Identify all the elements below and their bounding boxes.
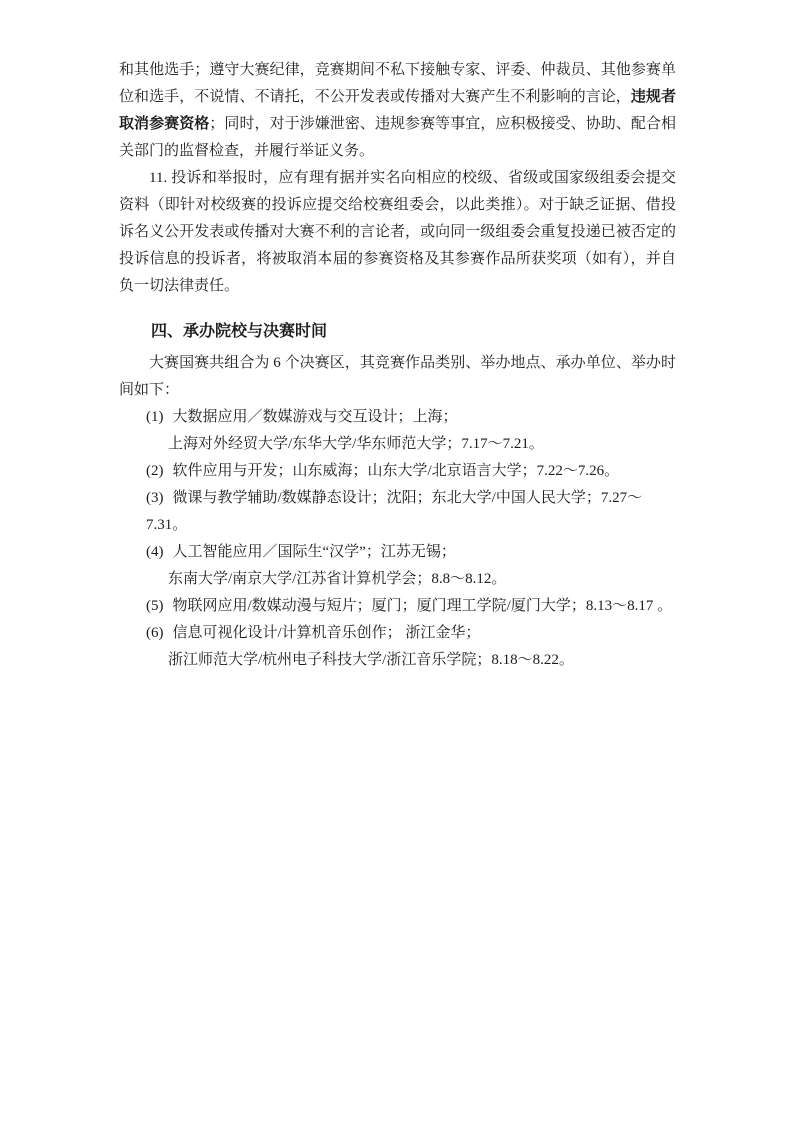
venue-list: (1)大数据应用／数媒游戏与交互设计；上海； 上海对外经贸大学/东华大学/华东师…: [146, 404, 676, 674]
venue-line: (2)软件应用与开发；山东威海；山东大学/北京语言大学；7.22～7.26。: [146, 458, 676, 485]
venue-line: (1)大数据应用／数媒游戏与交互设计；上海；: [146, 404, 676, 431]
venue-item-4: (4)人工智能应用／国际生“汉学”；江苏无锡； 东南大学/南京大学/江苏省计算机…: [146, 539, 676, 593]
section-intro: 大赛国赛共组合为 6 个决赛区，其竞赛作品类别、举办地点、承办单位、举办时间如下…: [119, 350, 676, 404]
venue-item-marker: (4): [146, 544, 164, 560]
venue-line: (5)物联网应用/数媒动漫与短片；厦门；厦门理工学院/厦门大学；8.13～8.1…: [146, 593, 676, 620]
venue-item-marker: (5): [146, 598, 164, 614]
document-page: 和其他选手；遵守大赛纪律，竞赛期间不私下接触专家、评委、仲裁员、其他参赛单位和选…: [0, 0, 793, 1122]
venue-item-marker: (2): [146, 463, 164, 479]
venue-item-1: (1)大数据应用／数媒游戏与交互设计；上海； 上海对外经贸大学/东华大学/华东师…: [146, 404, 676, 458]
venue-item-detail: 东南大学/南京大学/江苏省计算机学会；8.8～8.12。: [168, 566, 676, 593]
venue-item-6: (6)信息可视化设计/计算机音乐创作； 浙江金华； 浙江师范大学/杭州电子科技大…: [146, 620, 676, 674]
venue-item-marker: (3): [146, 490, 164, 506]
venue-item-text: 人工智能应用／国际生“汉学”；江苏无锡；: [173, 544, 456, 560]
venue-item-marker: (6): [146, 625, 164, 641]
venue-item-text: 软件应用与开发；山东威海；山东大学/北京语言大学；7.22～7.26。: [173, 463, 620, 479]
venue-line: (3)微课与教学辅助/数媒静态设计；沈阳；东北大学/中国人民大学；7.27～7.…: [146, 485, 676, 539]
paragraph-rules-continuation: 和其他选手；遵守大赛纪律，竞赛期间不私下接触专家、评委、仲裁员、其他参赛单位和选…: [119, 57, 676, 165]
venue-line: (6)信息可视化设计/计算机音乐创作； 浙江金华；: [146, 620, 676, 647]
venue-item-text: 信息可视化设计/计算机音乐创作； 浙江金华；: [173, 625, 481, 641]
rules-text-pre: 和其他选手；遵守大赛纪律，竞赛期间不私下接触专家、评委、仲裁员、其他参赛单位和选…: [119, 62, 676, 105]
venue-line: (4)人工智能应用／国际生“汉学”；江苏无锡；: [146, 539, 676, 566]
venue-item-detail: 上海对外经贸大学/东华大学/华东师范大学；7.17～7.21。: [168, 431, 676, 458]
venue-item-text: 大数据应用／数媒游戏与交互设计；上海；: [173, 409, 458, 425]
venue-item-3: (3)微课与教学辅助/数媒静态设计；沈阳；东北大学/中国人民大学；7.27～7.…: [146, 485, 676, 539]
venue-item-detail: 浙江师范大学/杭州电子科技大学/浙江音乐学院；8.18～8.22。: [168, 647, 676, 674]
venue-item-text: 微课与教学辅助/数媒静态设计；沈阳；东北大学/中国人民大学；7.27～7.31。: [146, 490, 642, 533]
venue-item-2: (2)软件应用与开发；山东威海；山东大学/北京语言大学；7.22～7.26。: [146, 458, 676, 485]
venue-item-5: (5)物联网应用/数媒动漫与短片；厦门；厦门理工学院/厦门大学；8.13～8.1…: [146, 593, 676, 620]
paragraph-complaint-rule-11: 11. 投诉和举报时，应有理有据并实名向相应的校级、省级或国家级组委会提交资料（…: [119, 165, 676, 300]
venue-item-text: 物联网应用/数媒动漫与短片；厦门；厦门理工学院/厦门大学；8.13～8.17 。: [173, 598, 673, 614]
venue-item-marker: (1): [146, 409, 164, 425]
section-heading-four: 四、承办院校与决赛时间: [119, 318, 676, 345]
document-text-block: 和其他选手；遵守大赛纪律，竞赛期间不私下接触专家、评委、仲裁员、其他参赛单位和选…: [119, 57, 676, 674]
